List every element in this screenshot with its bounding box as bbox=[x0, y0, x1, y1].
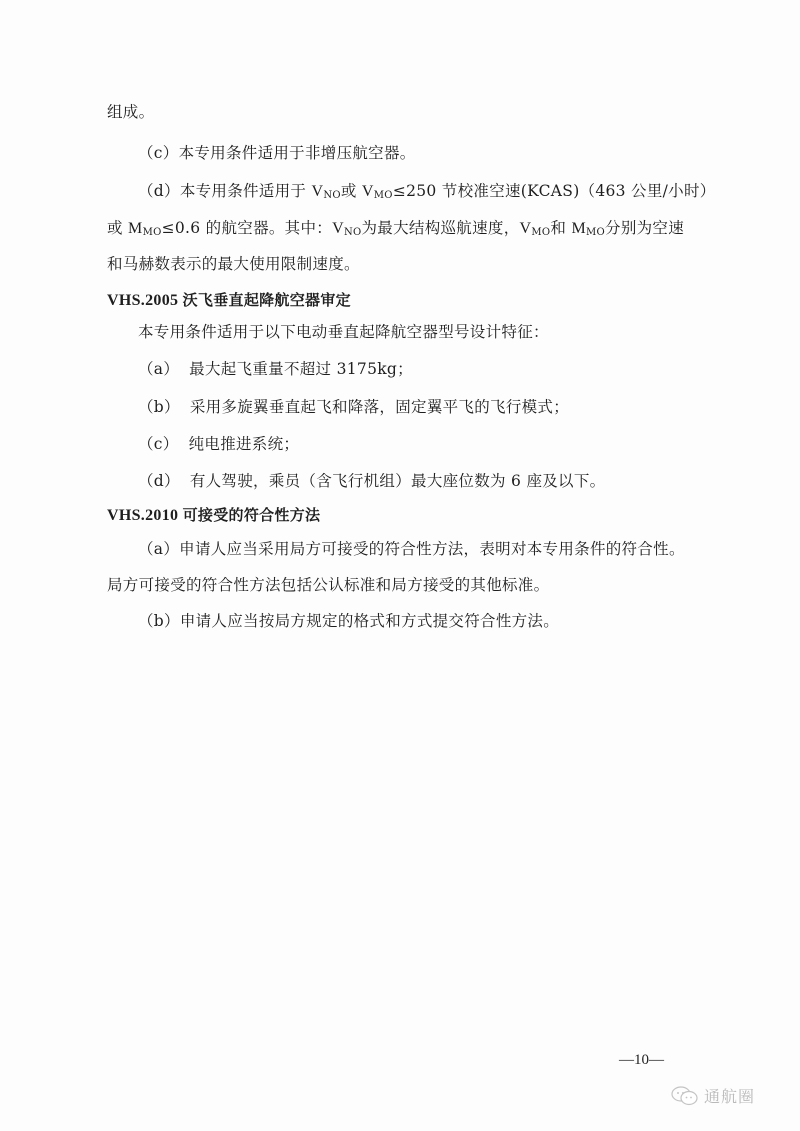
watermark: 通航圈 bbox=[670, 1084, 755, 1107]
subscript: MO bbox=[374, 190, 393, 201]
clause-d-line3: 和马赫数表示的最大使用限制速度。 bbox=[107, 254, 360, 274]
watermark-label: 通航圈 bbox=[704, 1084, 755, 1107]
section-title: 沃飞垂直起降航空器审定 bbox=[183, 291, 351, 309]
text-segment: 或 bbox=[341, 182, 362, 200]
text-line: （c）本专用条件适用于非增压航空器。 bbox=[138, 144, 416, 162]
text-segment: 或 bbox=[107, 219, 128, 237]
text-segment: 和 bbox=[550, 219, 571, 237]
list-text: 纯电推进系统； bbox=[189, 435, 300, 453]
clause-d-line2: 或 MMO≤0.6 的航空器。其中：VNO为最大结构巡航速度，VMO和 MMO分… bbox=[107, 218, 684, 239]
symbol-v: V bbox=[520, 220, 532, 237]
list-text: 采用多旋翼垂直起飞和降落，固定翼平飞的飞行模式； bbox=[190, 398, 569, 416]
list-marker: （a） bbox=[138, 360, 179, 378]
text-line: 本专用条件适用于以下电动垂直起降航空器型号设计特征： bbox=[138, 323, 549, 341]
text-segment: 分别为空速 bbox=[605, 219, 684, 237]
list-marker: （d） bbox=[138, 472, 180, 490]
section-number: VHS.2010 bbox=[107, 507, 178, 524]
list-marker: （b） bbox=[138, 398, 180, 416]
section-heading-2010: VHS.2010 可接受的符合性方法 bbox=[107, 505, 320, 526]
paragraph-continuation: 组成。 bbox=[107, 102, 154, 122]
list-text: 有人驾驶，乘员（含飞行机组）最大座位数为 6 座及以下。 bbox=[190, 472, 606, 490]
list-item: （b）采用多旋翼垂直起飞和降落，固定翼平飞的飞行模式； bbox=[138, 397, 569, 417]
subscript: MO bbox=[143, 227, 162, 238]
wechat-icon bbox=[670, 1085, 700, 1107]
section-heading-2005: VHS.2005 沃飞垂直起降航空器审定 bbox=[107, 290, 351, 311]
section-intro: 本专用条件适用于以下电动垂直起降航空器型号设计特征： bbox=[138, 322, 549, 342]
text-line: 局方可接受的符合性方法包括公认标准和局方接受的其他标准。 bbox=[107, 576, 549, 594]
list-text: 最大起飞重量不超过 3175kg； bbox=[189, 360, 413, 378]
text-segment: ≤0.6 的航空器。其中： bbox=[162, 219, 332, 237]
clause-b: （b）申请人应当按局方规定的格式和方式提交符合性方法。 bbox=[138, 611, 559, 631]
text-segment: ≤250 节校准空速(KCAS)（463 公里/小时） bbox=[393, 182, 716, 200]
clause-c: （c）本专用条件适用于非增压航空器。 bbox=[138, 143, 416, 163]
page-number: —10— bbox=[619, 1052, 664, 1069]
symbol-v: V bbox=[362, 183, 374, 200]
clause-a-line2: 局方可接受的符合性方法包括公认标准和局方接受的其他标准。 bbox=[107, 575, 549, 595]
symbol-v: V bbox=[332, 220, 344, 237]
clause-a-line1: （a）申请人应当采用局方可接受的符合性方法，表明对本专用条件的符合性。 bbox=[138, 539, 685, 559]
subscript: MO bbox=[586, 227, 605, 238]
clause-d-line1: （d）本专用条件适用于 VNO或 VMO≤250 节校准空速(KCAS)（463… bbox=[138, 181, 716, 202]
list-item: （c）纯电推进系统； bbox=[138, 434, 299, 454]
text-line: 和马赫数表示的最大使用限制速度。 bbox=[107, 255, 360, 273]
text-line: 组成。 bbox=[107, 103, 154, 121]
document-page: 组成。 （c）本专用条件适用于非增压航空器。 （d）本专用条件适用于 VNO或 … bbox=[0, 0, 800, 1131]
symbol-m: M bbox=[128, 220, 143, 237]
section-title: 可接受的符合性方法 bbox=[183, 506, 321, 524]
list-marker: （c） bbox=[138, 435, 179, 453]
symbol-m: M bbox=[571, 220, 586, 237]
text-line: （a）申请人应当采用局方可接受的符合性方法，表明对本专用条件的符合性。 bbox=[138, 540, 685, 558]
symbol-v: V bbox=[311, 183, 323, 200]
list-item: （a）最大起飞重量不超过 3175kg； bbox=[138, 359, 413, 379]
list-item: （d）有人驾驶，乘员（含飞行机组）最大座位数为 6 座及以下。 bbox=[138, 471, 605, 491]
text-segment: （d）本专用条件适用于 bbox=[138, 182, 311, 200]
subscript: NO bbox=[344, 227, 362, 238]
text-line: （b）申请人应当按局方规定的格式和方式提交符合性方法。 bbox=[138, 612, 559, 630]
text-segment: 为最大结构巡航速度， bbox=[362, 219, 520, 237]
section-number: VHS.2005 bbox=[107, 292, 178, 309]
subscript: MO bbox=[531, 227, 550, 238]
subscript: NO bbox=[323, 190, 341, 201]
